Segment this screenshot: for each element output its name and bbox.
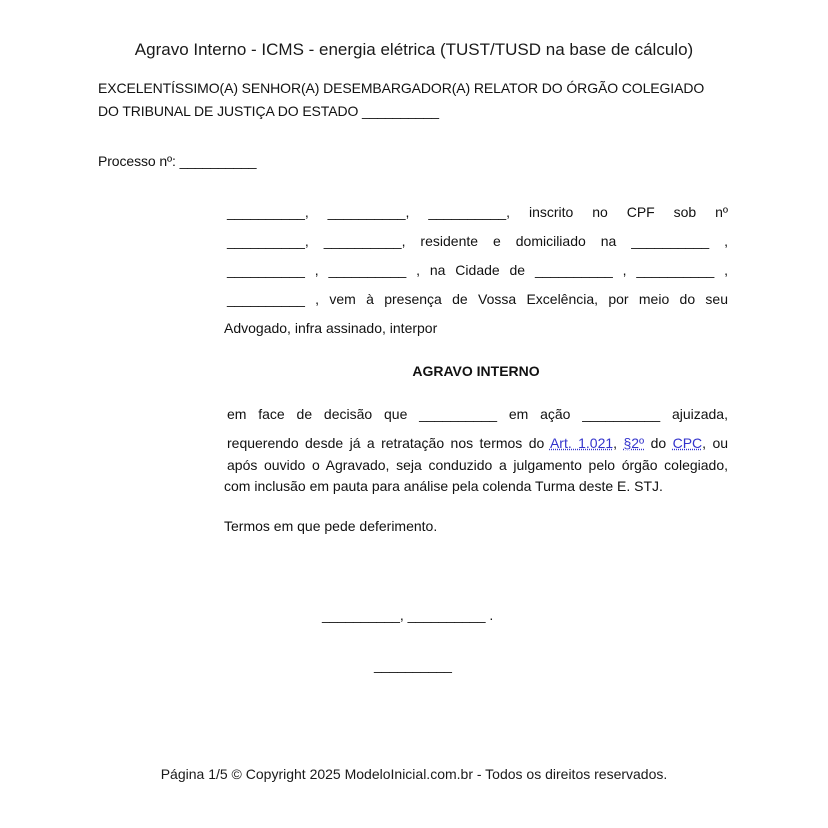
document-title: Agravo Interno - ICMS - energia elétrica… [0,40,828,60]
link-cpc[interactable]: CPC [673,435,703,451]
process-number: Processo nº: __________ [98,153,257,169]
closing-text: Termos em que pede deferimento. [224,518,437,534]
request-line-3: com inclusão em pauta para análise pela … [224,478,663,494]
party-line-3: __________ , __________ , na Cidade de _… [227,262,728,278]
addressee-line-2: DO TRIBUNAL DE JUSTIÇA DO ESTADO _______… [98,103,439,119]
request-line-1: requerendo desde já a retratação nos ter… [227,435,728,451]
addressee-line-1: EXCELENTÍSSIMO(A) SENHOR(A) DESEMBARGADO… [98,80,704,96]
decision-line: em face de decisão que __________ em açã… [227,406,728,422]
party-line-5: Advogado, infra assinado, interpor [224,320,437,336]
request-mid: do [644,435,672,451]
request-suffix: , ou [702,435,728,451]
place-date-line: __________, __________ . [322,607,493,623]
signature-line: __________ [374,657,452,673]
request-line-2: após ouvido o Agravado, seja conduzido a… [227,457,728,473]
party-line-1: __________, __________, __________, insc… [227,204,728,220]
request-prefix: requerendo desde já a retratação nos ter… [227,435,550,451]
page-footer: Página 1/5 © Copyright 2025 ModeloInicia… [0,766,828,782]
section-title: AGRAVO INTERNO [0,363,828,379]
party-line-4: __________ , vem à presença de Vossa Exc… [227,291,728,307]
link-paragraph-2[interactable]: §2º [623,435,644,451]
request-sep: , [613,435,623,451]
link-art-1021[interactable]: Art. 1.021 [550,435,613,451]
party-line-2: __________, __________, residente e domi… [227,233,728,249]
